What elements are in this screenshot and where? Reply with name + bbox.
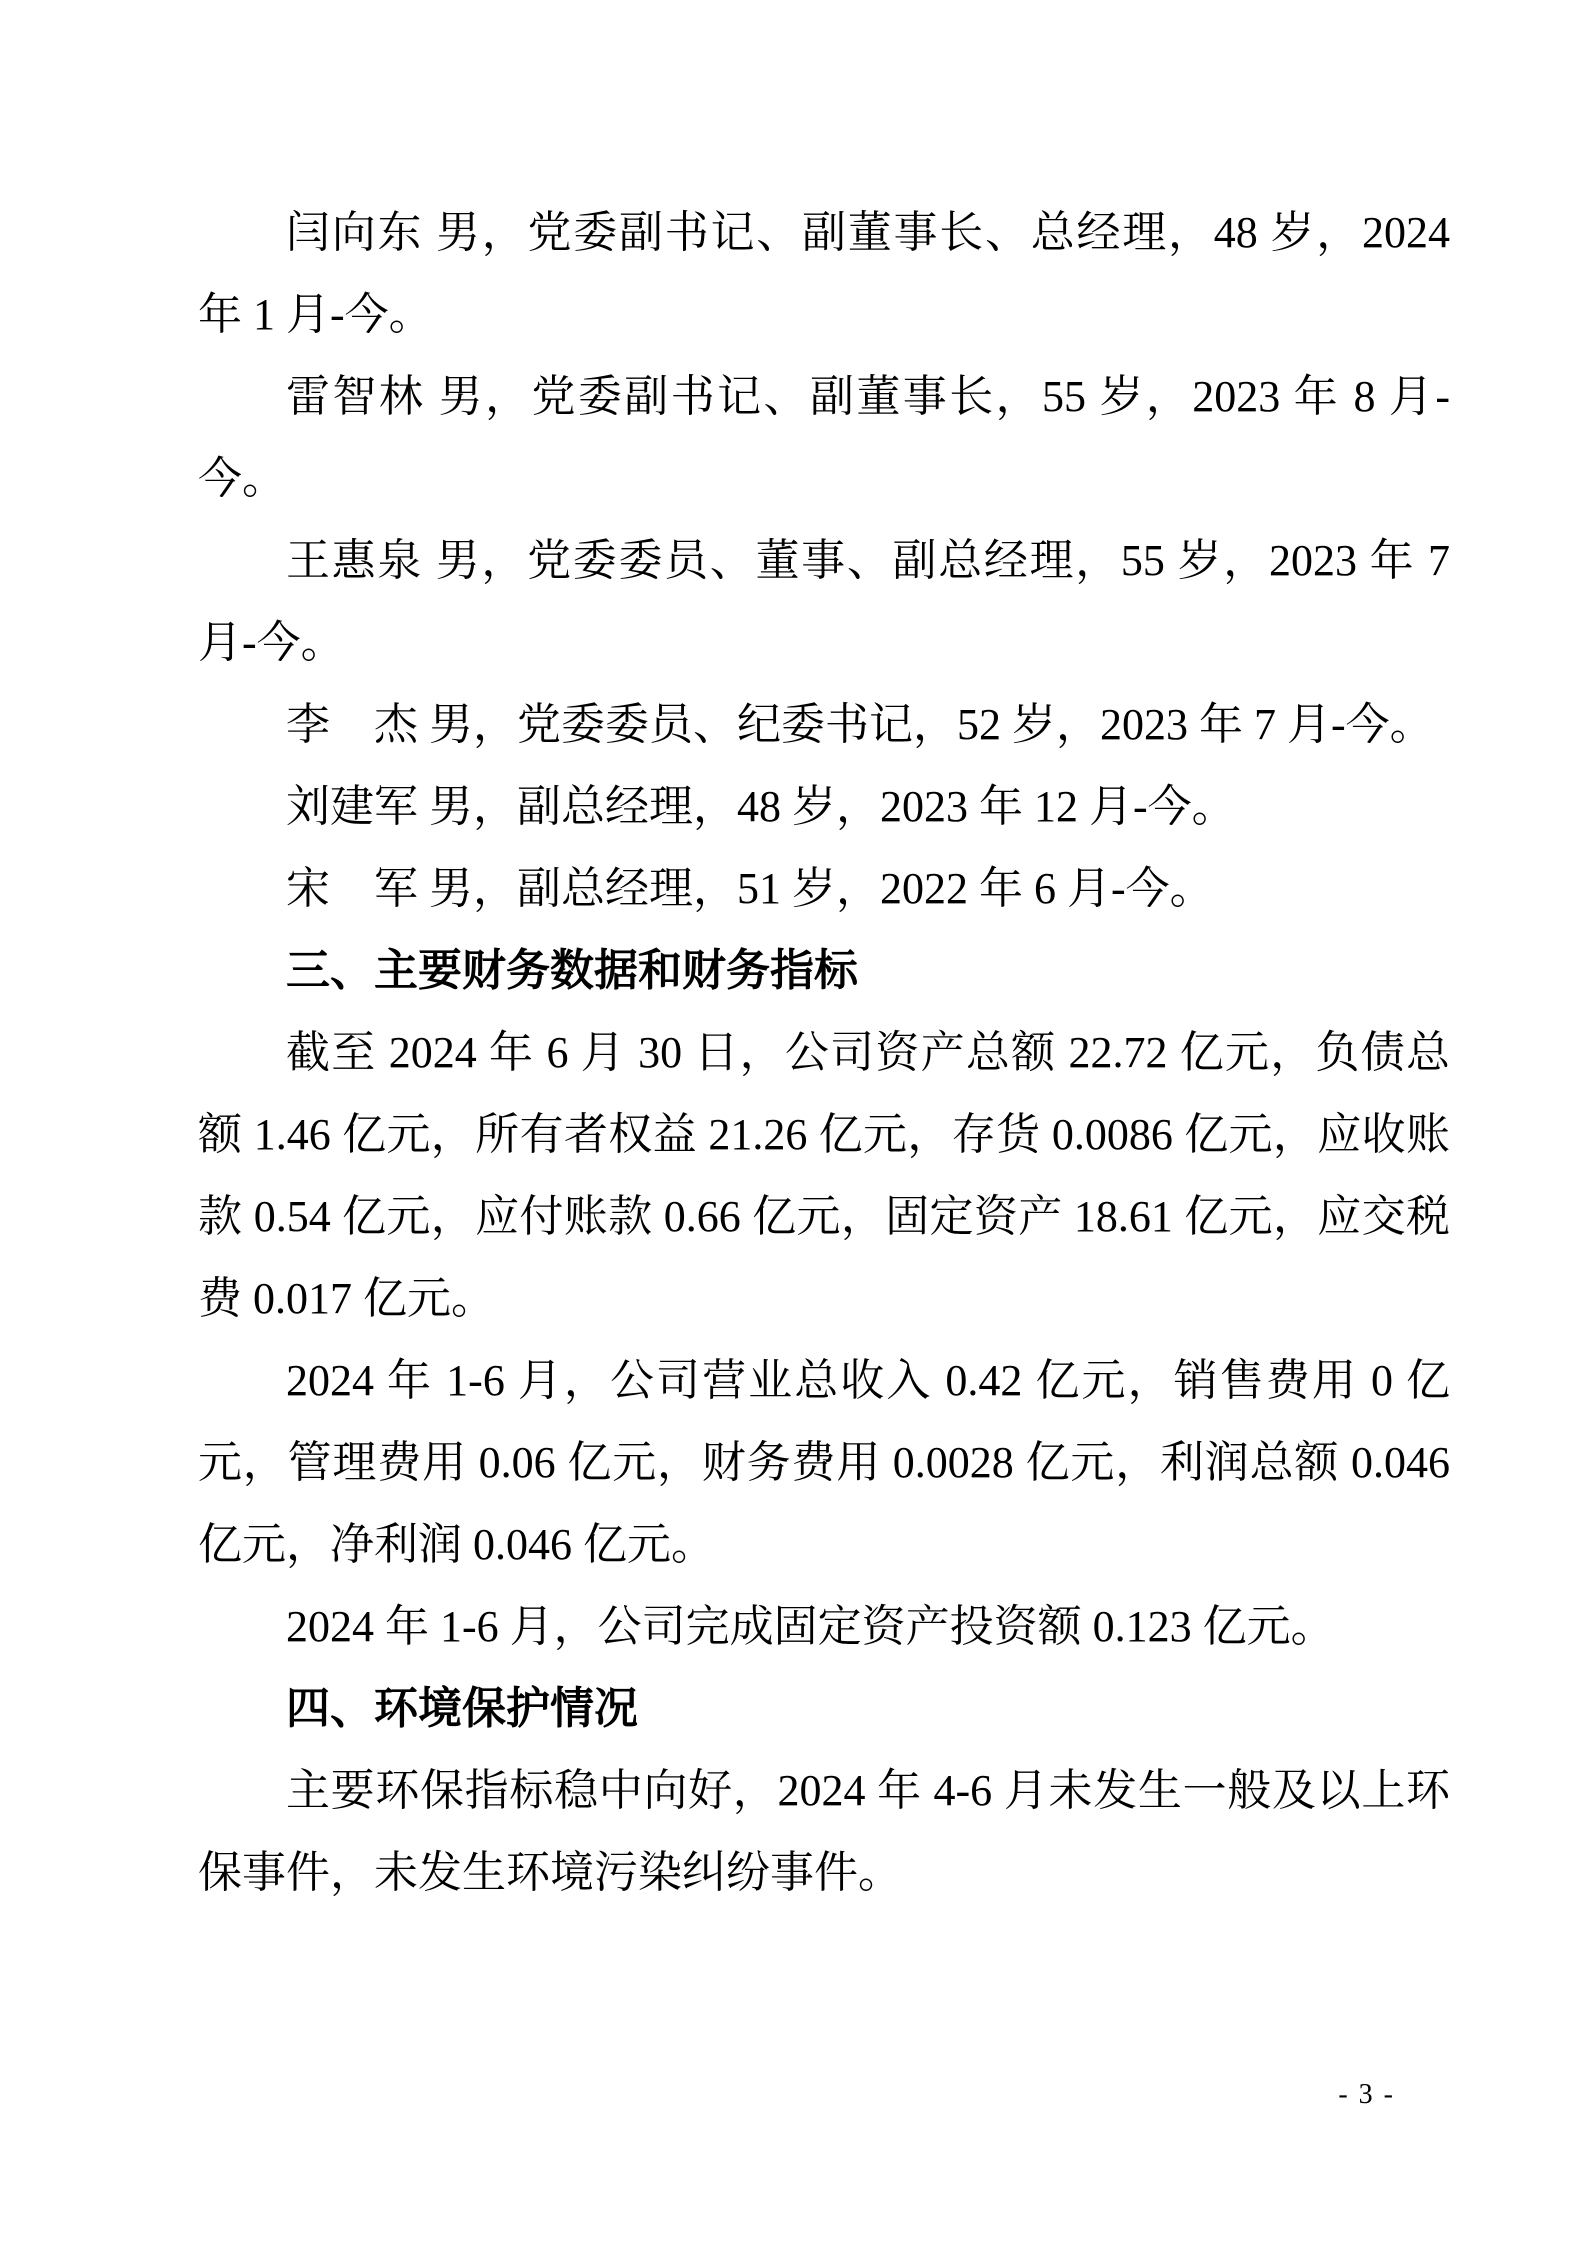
paragraph-officer-liujianjun: 刘建军 男，副总经理，48 岁，2023 年 12 月-今。 [198, 766, 1450, 848]
paragraph-officer-leizhilin: 雷智林 男，党委副书记、副董事长，55 岁，2023 年 8 月-今。 [198, 356, 1450, 520]
paragraph-officer-wanghuiquan: 王惠泉 男，党委委员、董事、副总经理，55 岁，2023 年 7 月-今。 [198, 520, 1450, 684]
document-body: 闫向东 男，党委副书记、副董事长、总经理，48 岁，2024 年 1 月-今。 … [198, 192, 1450, 1914]
paragraph-officer-lijie: 李 杰 男，党委委员、纪委书记，52 岁，2023 年 7 月-今。 [198, 684, 1450, 766]
heading-environment-protection: 四、环境保护情况 [198, 1668, 1450, 1750]
paragraph-balance-sheet: 截至 2024 年 6 月 30 日，公司资产总额 22.72 亿元，负债总额 … [198, 1012, 1450, 1340]
paragraph-fixed-asset-invest: 2024 年 1-6 月，公司完成固定资产投资额 0.123 亿元。 [198, 1586, 1450, 1668]
document-page: 闫向东 男，党委副书记、副董事长、总经理，48 岁，2024 年 1 月-今。 … [0, 0, 1587, 2245]
heading-financial-data: 三、主要财务数据和财务指标 [198, 930, 1450, 1012]
paragraph-officer-yanxiangdong: 闫向东 男，党委副书记、副董事长、总经理，48 岁，2024 年 1 月-今。 [198, 192, 1450, 356]
paragraph-income-statement: 2024 年 1-6 月，公司营业总收入 0.42 亿元，销售费用 0 亿元，管… [198, 1340, 1450, 1586]
page-number: - 3 - [1338, 2078, 1395, 2112]
paragraph-officer-songjun: 宋 军 男，副总经理，51 岁，2022 年 6 月-今。 [198, 848, 1450, 930]
paragraph-environment-status: 主要环保指标稳中向好，2024 年 4-6 月未发生一般及以上环保事件，未发生环… [198, 1750, 1450, 1914]
